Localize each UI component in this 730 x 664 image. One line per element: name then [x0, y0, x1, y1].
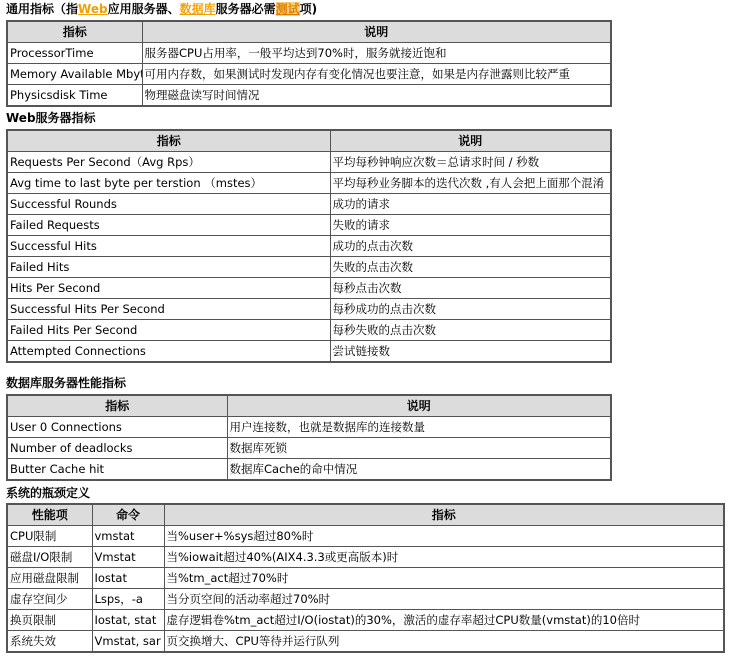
performance-item: 换页限制	[7, 610, 92, 631]
table-row: Hits Per Second每秒点击次数	[7, 278, 611, 299]
table-row: 磁盘I/O限制Vmstat当%iowait超过40%(AIX4.3.3或更高版本…	[7, 547, 724, 568]
command: Vmstat, sar	[92, 631, 164, 653]
metric-name: Requests Per Second（Avg Rps）	[7, 152, 330, 173]
metric-description: 物理磁盘读写时间情况	[142, 85, 611, 107]
metric-description: 数据库死锁	[227, 438, 611, 459]
table-row: 应用磁盘限制Iostat当%tm_act超过70%时	[7, 568, 724, 589]
table-row: User 0 Connections用户连接数，也就是数据库的连接数量	[7, 417, 611, 438]
metric-name: ProcessorTime	[7, 43, 142, 64]
command: Iostat	[92, 568, 164, 589]
performance-item: 应用磁盘限制	[7, 568, 92, 589]
column-header-metric: 指标	[7, 130, 330, 152]
database-section-title: 数据库服务器性能指标	[6, 375, 126, 391]
bottleneck-table: 性能项 命令 指标 CPU限制vmstat当%user+%sys超过80%时 磁…	[6, 503, 725, 653]
column-header-command: 命令	[92, 504, 164, 526]
title-text: 服务器必需	[216, 2, 276, 16]
table-row: Number of deadlocks数据库死锁	[7, 438, 611, 459]
table-row: CPU限制vmstat当%user+%sys超过80%时	[7, 526, 724, 547]
general-section-title: 通用指标（指Web应用服务器、数据库服务器必需测试项)	[6, 1, 317, 17]
command: Vmstat	[92, 547, 164, 568]
table-header-row: 指标 说明	[7, 395, 611, 417]
metric-description: 成功的请求	[330, 194, 611, 215]
metric-name: Failed Requests	[7, 215, 330, 236]
metric-name: Failed Hits	[7, 257, 330, 278]
column-header-description: 说明	[227, 395, 611, 417]
metric-name: Successful Rounds	[7, 194, 330, 215]
metric-description: 平均每秒业务脚本的迭代次数 ,有人会把上面那个混淆	[330, 173, 611, 194]
metric-description: 服务器CPU占用率，一般平均达到70%时，服务就接近饱和	[142, 43, 611, 64]
command: Iostat, stat	[92, 610, 164, 631]
metric-name: User 0 Connections	[7, 417, 227, 438]
command: vmstat	[92, 526, 164, 547]
metric-description: 失败的点击次数	[330, 257, 611, 278]
performance-item: 虚存空间少	[7, 589, 92, 610]
performance-item: CPU限制	[7, 526, 92, 547]
metric-name: Hits Per Second	[7, 278, 330, 299]
web-section-title: Web服务器指标	[6, 110, 96, 126]
title-text: 应用服务器、	[108, 2, 180, 16]
metric-description: 每秒成功的点击次数	[330, 299, 611, 320]
table-row: Physicsdisk Time 物理磁盘读写时间情况	[7, 85, 611, 107]
general-metrics-table: 指标 说明 ProcessorTime 服务器CPU占用率，一般平均达到70%时…	[6, 20, 612, 107]
web-link[interactable]: Web	[78, 2, 108, 16]
indicator: 当%user+%sys超过80%时	[164, 526, 724, 547]
metric-name: Memory Available Mbyte	[7, 64, 142, 85]
table-row: Successful Hits成功的点击次数	[7, 236, 611, 257]
indicator: 虚存逻辑卷%tm_act超过I/O(iostat)的30%，激活的虚存率超过CP…	[164, 610, 724, 631]
metric-name: Successful Hits Per Second	[7, 299, 330, 320]
column-header-metric: 指标	[7, 395, 227, 417]
table-header-row: 指标 说明	[7, 21, 611, 43]
table-header-row: 指标 说明	[7, 130, 611, 152]
table-row: Avg time to last byte per terstion （mste…	[7, 173, 611, 194]
table-row: Successful Rounds成功的请求	[7, 194, 611, 215]
metric-name: Avg time to last byte per terstion （mste…	[7, 173, 330, 194]
database-link[interactable]: 数据库	[180, 2, 216, 16]
table-row: 系统失效Vmstat, sar页交换增大、CPU等待并运行队列	[7, 631, 724, 653]
column-header-performance-item: 性能项	[7, 504, 92, 526]
indicator: 当分页空间的活动率超过70%时	[164, 589, 724, 610]
table-row: Requests Per Second（Avg Rps）平均每秒钟响应次数＝总请…	[7, 152, 611, 173]
title-text: 通用指标（指	[6, 2, 78, 16]
metric-description: 失败的请求	[330, 215, 611, 236]
database-metrics-table: 指标 说明 User 0 Connections用户连接数，也就是数据库的连接数…	[6, 394, 612, 481]
column-header-metric: 指标	[7, 21, 142, 43]
metric-description: 平均每秒钟响应次数＝总请求时间 / 秒数	[330, 152, 611, 173]
metric-name: Number of deadlocks	[7, 438, 227, 459]
metric-description: 用户连接数，也就是数据库的连接数量	[227, 417, 611, 438]
metric-name: Physicsdisk Time	[7, 85, 142, 107]
column-header-description: 说明	[142, 21, 611, 43]
metric-name: Successful Hits	[7, 236, 330, 257]
table-row: 换页限制Iostat, stat虚存逻辑卷%tm_act超过I/O(iostat…	[7, 610, 724, 631]
bottleneck-section-title: 系统的瓶颈定义	[6, 485, 90, 501]
metric-description: 每秒失败的点击次数	[330, 320, 611, 341]
metric-name: Attempted Connections	[7, 341, 330, 363]
table-row: Failed Hits Per Second每秒失败的点击次数	[7, 320, 611, 341]
indicator: 当%tm_act超过70%时	[164, 568, 724, 589]
table-row: Attempted Connections尝试链接数	[7, 341, 611, 363]
table-row: ProcessorTime 服务器CPU占用率，一般平均达到70%时，服务就接近…	[7, 43, 611, 64]
metric-description: 每秒点击次数	[330, 278, 611, 299]
indicator: 当%iowait超过40%(AIX4.3.3或更高版本)时	[164, 547, 724, 568]
table-row: Successful Hits Per Second每秒成功的点击次数	[7, 299, 611, 320]
metric-description: 成功的点击次数	[330, 236, 611, 257]
title-text: 项)	[300, 2, 318, 16]
test-link[interactable]: 测试	[276, 2, 300, 16]
metric-description: 数据库Cache的命中情况	[227, 459, 611, 481]
metric-description: 可用内存数，如果测试时发现内存有变化情况也要注意，如果是内存泄露则比较严重	[142, 64, 611, 85]
table-row: Memory Available Mbyte 可用内存数，如果测试时发现内存有变…	[7, 64, 611, 85]
table-row: Failed Requests失败的请求	[7, 215, 611, 236]
column-header-description: 说明	[330, 130, 611, 152]
table-row: 虚存空间少Lsps，-a当分页空间的活动率超过70%时	[7, 589, 724, 610]
metric-description: 尝试链接数	[330, 341, 611, 363]
indicator: 页交换增大、CPU等待并运行队列	[164, 631, 724, 653]
performance-item: 磁盘I/O限制	[7, 547, 92, 568]
table-row: Failed Hits失败的点击次数	[7, 257, 611, 278]
column-header-indicator: 指标	[164, 504, 724, 526]
command: Lsps，-a	[92, 589, 164, 610]
performance-item: 系统失效	[7, 631, 92, 653]
web-metrics-table: 指标 说明 Requests Per Second（Avg Rps）平均每秒钟响…	[6, 129, 612, 363]
metric-name: Butter Cache hit	[7, 459, 227, 481]
metric-name: Failed Hits Per Second	[7, 320, 330, 341]
table-row: Butter Cache hit数据库Cache的命中情况	[7, 459, 611, 481]
table-header-row: 性能项 命令 指标	[7, 504, 724, 526]
